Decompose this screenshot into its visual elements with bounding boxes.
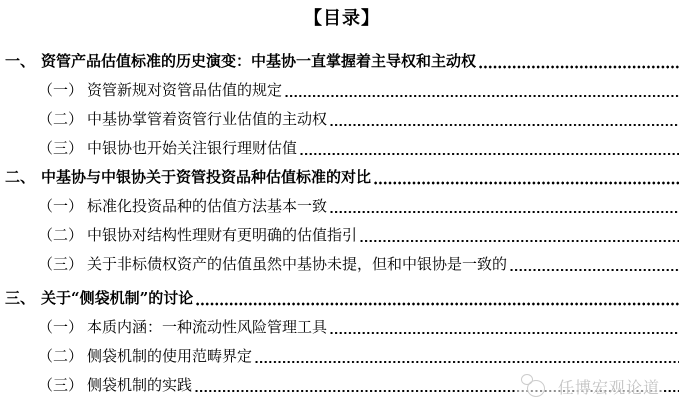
watermark: 任博宏观论道 xyxy=(517,372,663,400)
toc-entry-text: （一）资管新规对资管品估值的规定 xyxy=(38,80,282,101)
toc-entry-text: 一、资管产品估值标准的历史演变：中基协一直掌握着主导权和主动权 xyxy=(5,51,476,72)
dot-leader xyxy=(510,268,679,272)
dot-leader xyxy=(300,152,679,156)
toc-entry-number: （一） xyxy=(38,81,83,99)
toc-entry-title: 中银协也开始关注银行理财估值 xyxy=(87,139,297,157)
toc-entry-title: 资管新规对资管品估值的规定 xyxy=(87,81,282,99)
toc-entry-number: （三） xyxy=(38,376,83,394)
toc-entry-text: （二）中基协掌管着资管行业估值的主动权 xyxy=(38,109,327,130)
toc-entry-number: （二） xyxy=(38,110,83,128)
toc-entry-title: 资管产品估值标准的历史演变：中基协一直掌握着主导权和主动权 xyxy=(41,52,476,70)
toc-entry-title: 本质内涵：一种流动性风险管理工具 xyxy=(87,318,327,336)
toc-entry-text: （一）本质内涵：一种流动性风险管理工具 xyxy=(38,317,327,338)
toc-entry-number: （三） xyxy=(38,139,83,157)
toc-entry-title: 侧袋机制的实践 xyxy=(87,376,192,394)
dot-leader xyxy=(285,94,679,98)
toc-entry-title: 中基协掌管着资管行业估值的主动权 xyxy=(87,110,327,128)
toc-entry: （三）中银协也开始关注银行理财估值 xyxy=(5,130,679,159)
toc-entry-number: 三、 xyxy=(5,289,35,307)
toc-entry-title: 中银协对结构性理财有更明确的估值指引 xyxy=(87,226,357,244)
toc-entry: （二）侧袋机制的使用范畴界定 xyxy=(5,338,679,367)
toc-entry-text: （二）中银协对结构性理财有更明确的估值指引 xyxy=(38,225,357,246)
table-of-contents: 一、资管产品估值标准的历史演变：中基协一直掌握着主导权和主动权（一）资管新规对资… xyxy=(5,43,679,396)
watermark-logo-icon xyxy=(520,373,550,399)
toc-entry-number: 一、 xyxy=(5,52,35,70)
toc-entry: （二）中基协掌管着资管行业估值的主动权 xyxy=(5,101,679,130)
toc-entry: 一、资管产品估值标准的历史演变：中基协一直掌握着主导权和主动权 xyxy=(5,43,679,72)
toc-entry: （一）本质内涵：一种流动性风险管理工具 xyxy=(5,309,679,338)
toc-entry-number: （二） xyxy=(38,226,83,244)
toc-entry: （一）资管新规对资管品估值的规定 xyxy=(5,72,679,101)
toc-entry-number: （三） xyxy=(38,255,83,273)
toc-entry-title: 关于非标债权资产的估值虽然中基协未提，但和中银协是一致的 xyxy=(87,255,507,273)
toc-entry-title: 中基协与中银协关于资管投资品种估值标准的对比 xyxy=(41,168,371,186)
document-page: 【目录】 一、资管产品估值标准的历史演变：中基协一直掌握着主导权和主动权（一）资… xyxy=(0,0,679,413)
toc-entry-title: 标准化投资品种的估值方法基本一致 xyxy=(87,197,327,215)
toc-entry-text: （三）侧袋机制的实践 xyxy=(38,375,192,396)
dot-leader xyxy=(360,239,679,243)
toc-entry-text: （三）中银协也开始关注银行理财估值 xyxy=(38,138,297,159)
toc-entry: （三）关于非标债权资产的估值虽然中基协未提，但和中银协是一致的 xyxy=(5,246,679,275)
toc-entry-number: （二） xyxy=(38,347,83,365)
toc-entry-number: （一） xyxy=(38,197,83,215)
dot-leader xyxy=(479,65,679,69)
toc-entry: （二）中银协对结构性理财有更明确的估值指引 xyxy=(5,217,679,246)
toc-entry-text: 三、关于“侧袋机制”的讨论 xyxy=(5,288,193,309)
toc-entry-title: 关于“侧袋机制”的讨论 xyxy=(41,289,193,307)
dot-leader xyxy=(330,331,679,335)
toc-entry-text: （三）关于非标债权资产的估值虽然中基协未提，但和中银协是一致的 xyxy=(38,254,507,275)
toc-entry-text: 二、中基协与中银协关于资管投资品种估值标准的对比 xyxy=(5,167,371,188)
toc-entry-number: 二、 xyxy=(5,168,35,186)
toc-entry-title: 侧袋机制的使用范畴界定 xyxy=(87,347,252,365)
toc-entry: （一）标准化投资品种的估值方法基本一致 xyxy=(5,188,679,217)
dot-leader xyxy=(330,210,679,214)
toc-title: 【目录】 xyxy=(5,6,679,32)
toc-entry-number: （一） xyxy=(38,318,83,336)
dot-leader xyxy=(374,181,679,185)
toc-entry: 二、中基协与中银协关于资管投资品种估值标准的对比 xyxy=(5,159,679,188)
dot-leader xyxy=(255,360,679,364)
toc-entry-text: （二）侧袋机制的使用范畴界定 xyxy=(38,346,252,367)
toc-entry-text: （一）标准化投资品种的估值方法基本一致 xyxy=(38,196,327,217)
dot-leader xyxy=(196,302,679,306)
toc-entry: 三、关于“侧袋机制”的讨论 xyxy=(5,280,679,309)
dot-leader xyxy=(330,123,679,127)
watermark-text: 任博宏观论道 xyxy=(558,375,660,398)
